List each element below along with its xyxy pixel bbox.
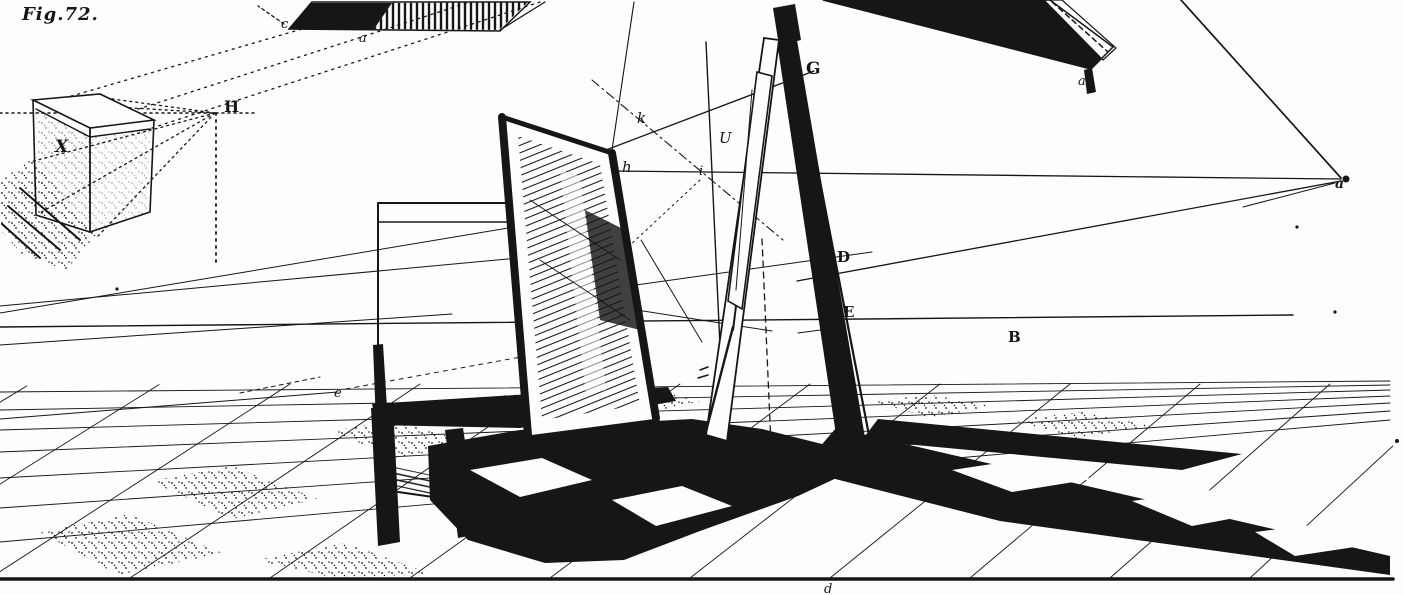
label-k: k <box>637 109 646 127</box>
cast-shadows <box>428 419 1390 575</box>
vp-ray-low <box>1243 183 1335 207</box>
label-a-board: a <box>1078 74 1086 89</box>
vp-ray-steep <box>1181 0 1341 178</box>
canvas-top-ray <box>612 2 634 150</box>
label-a-plane: a <box>359 31 367 46</box>
label-H: H <box>224 97 239 116</box>
ground-line-b <box>0 315 1293 327</box>
label-h: h <box>622 158 632 176</box>
inset-diagram <box>0 2 540 270</box>
easel-foot <box>844 450 874 473</box>
engraving-plate: Fig.72. H X c a a G k U h i D E B a e b … <box>0 0 1403 595</box>
label-i: i <box>699 164 703 179</box>
figure-number: Fig.72. <box>21 4 99 25</box>
label-E: E <box>843 303 854 321</box>
label-b: b <box>555 545 564 561</box>
leaning-canvas <box>502 117 658 437</box>
perspective-study-engraving: Fig.72. H X c a a G k U h i D E B a e b … <box>0 0 1403 595</box>
label-B: B <box>1008 328 1021 346</box>
horizon-line <box>612 171 1341 179</box>
label-X: X <box>54 137 69 157</box>
construction-lines <box>0 0 1399 477</box>
label-D: D <box>837 248 850 266</box>
shaded-board-topright <box>823 0 1116 94</box>
easel-board-strip <box>728 72 772 309</box>
easel <box>698 4 874 473</box>
label-a-vp: a <box>1335 176 1344 192</box>
label-G: G <box>806 59 821 79</box>
hatched-plane-top <box>258 2 545 31</box>
label-e: e <box>334 386 342 401</box>
label-d: d <box>824 582 832 595</box>
label-c: c <box>281 17 289 32</box>
label-U: U <box>719 129 733 147</box>
d-line <box>797 181 1341 281</box>
